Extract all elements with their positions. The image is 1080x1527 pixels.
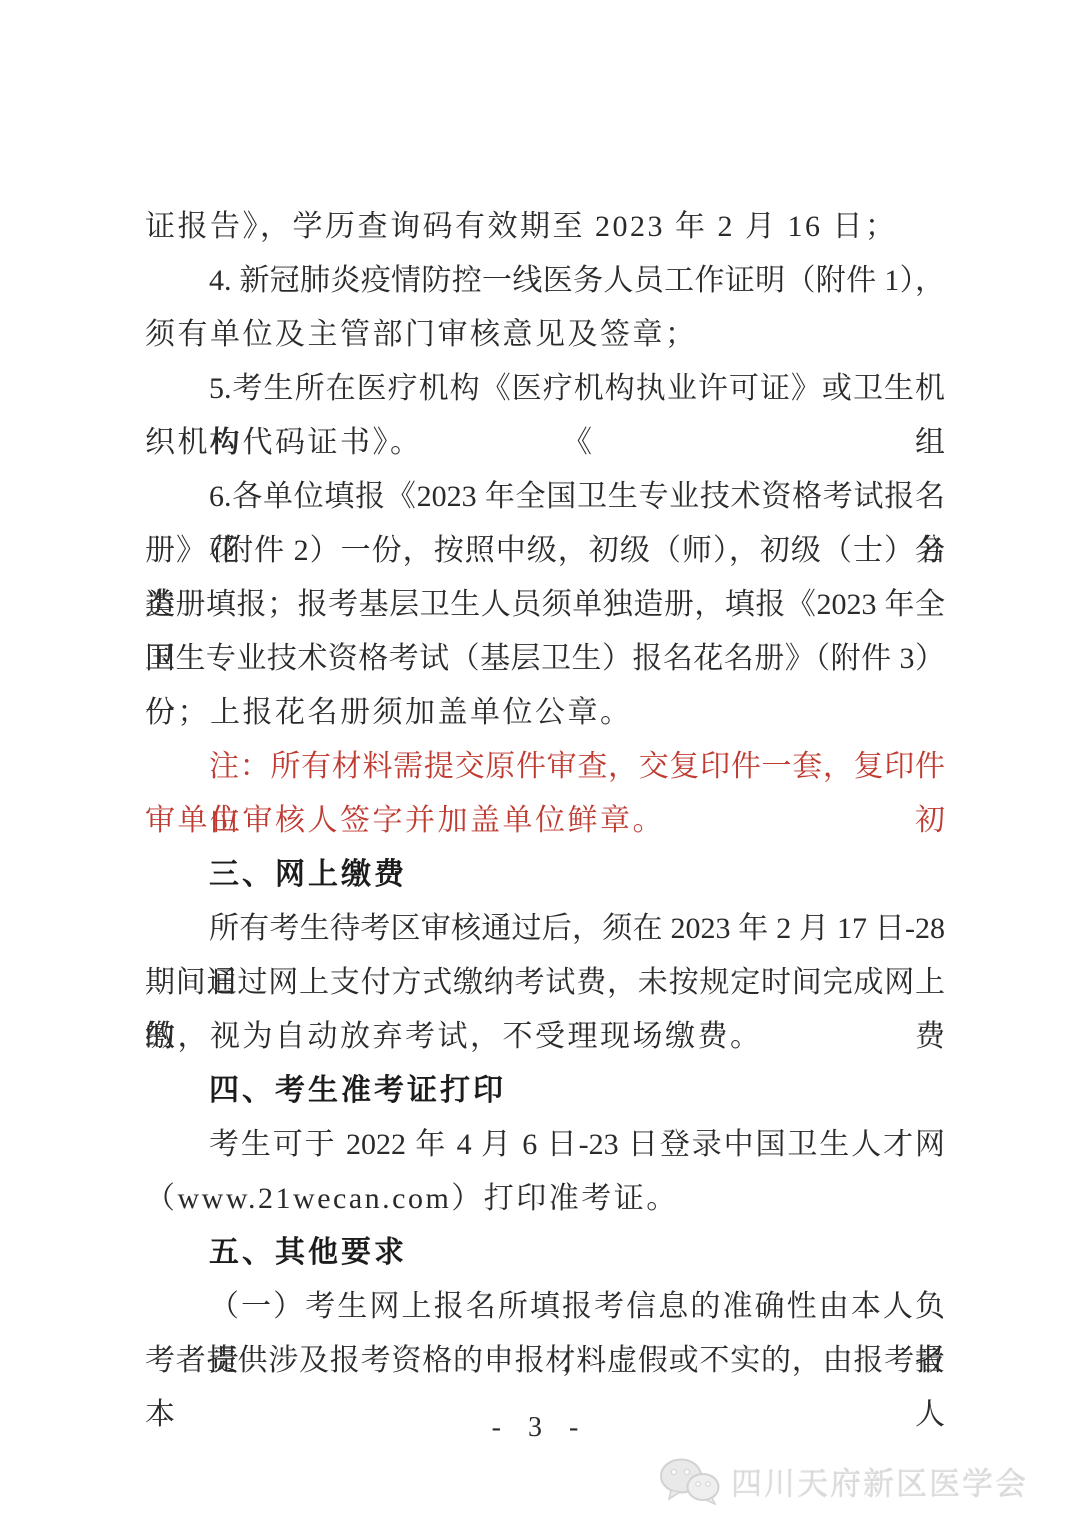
section-heading: 五、其他要求 [145,1226,945,1280]
watermark-label: 四川天府新区医学会 [731,1459,1028,1504]
text-line: 6.各单位填报《2023 年全国卫生专业技术资格考试报名花名 [145,470,945,524]
text-line: 4. 新冠肺炎疫情防控一线医务人员工作证明（附件 1）， [145,254,945,308]
page-number: - 3 - [0,1408,1080,1448]
text-line: 考生可于 2022 年 4 月 6 日-23 日登录中国卫生人才网 [145,1118,945,1172]
text-line: 卫生专业技术资格考试（基层卫生）报名花名册》（附件 3）一 [145,632,945,686]
text-line: 期间通过网上支付方式缴纳考试费，未按规定时间完成网上缴费 [145,956,945,1010]
text-line: 造册填报；报考基层卫生人员须单独造册，填报《2023 年全国 [145,578,945,632]
section-heading: 三、网上缴费 [145,848,945,902]
document-body: 证报告》，学历查询码有效期至 2023 年 2 月 16 日；4. 新冠肺炎疫情… [145,200,945,1388]
text-line: 注：所有材料需提交原件审查，交复印件一套，复印件由初 [145,740,945,794]
text-line: （一）考生网上报名所填报考信息的准确性由本人负责，报 [145,1280,945,1334]
watermark: 四川天府新区医学会 [659,1457,1028,1505]
text-line: 所有考生待考区审核通过后，须在 2023 年 2 月 17 日-28 日 [145,902,945,956]
text-line: 册》（附件 2）一份，按照中级，初级（师），初级（士）分类 [145,524,945,578]
text-line: 5.考生所在医疗机构《医疗机构执业许可证》或卫生机构《组 [145,362,945,416]
document-page: 证报告》，学历查询码有效期至 2023 年 2 月 16 日；4. 新冠肺炎疫情… [0,0,1080,1527]
wechat-icon [659,1457,721,1505]
text-line: 份；上报花名册须加盖单位公章。 [145,686,945,740]
text-line: 考者提供涉及报考资格的申报材料虚假或不实的，由报考者本人 [145,1334,945,1388]
text-line: （www.21wecan.com）打印准考证。 [145,1172,945,1226]
text-line: 须有单位及主管部门审核意见及签章； [145,308,945,362]
section-heading: 四、考生准考证打印 [145,1064,945,1118]
text-line: 证报告》，学历查询码有效期至 2023 年 2 月 16 日； [145,200,945,254]
